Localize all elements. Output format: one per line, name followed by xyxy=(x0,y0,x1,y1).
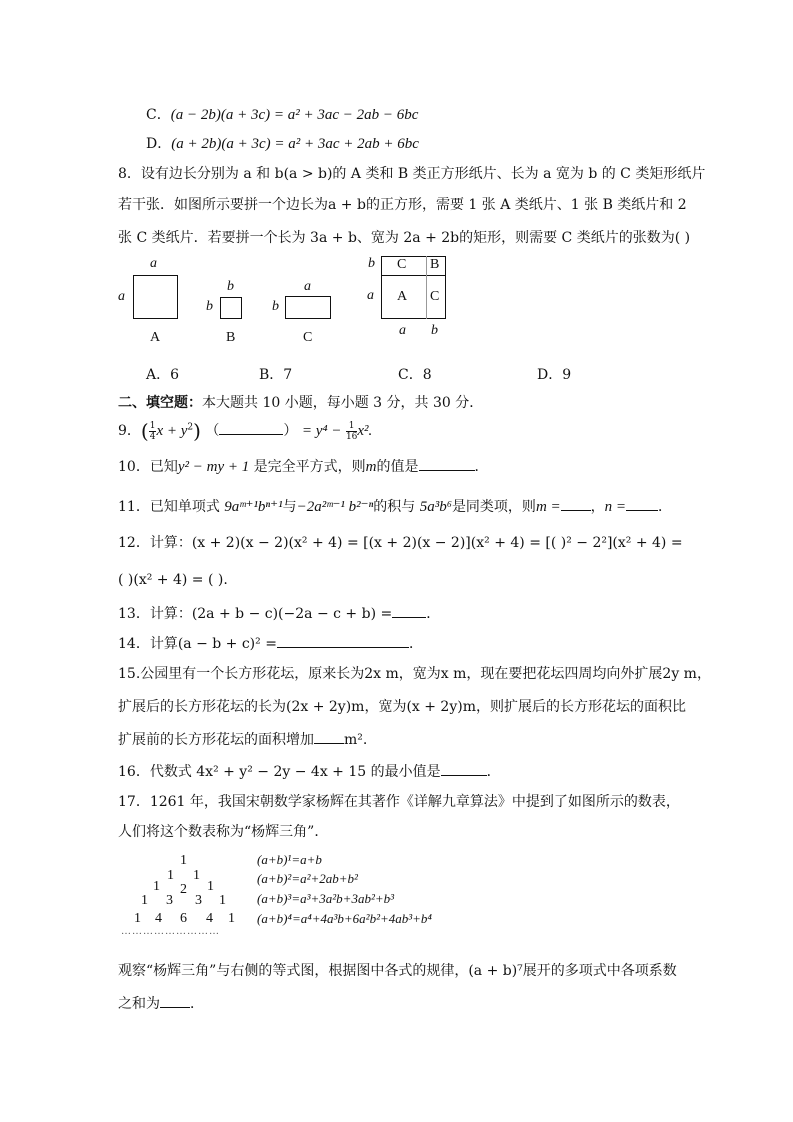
cell-bottom-left: A xyxy=(397,289,407,305)
q15-answer-blank[interactable] xyxy=(314,729,344,744)
q11: 11．已知单项式 9aᵐ⁺¹bⁿ⁺¹与−2a²ᵐ⁻¹ b²⁻ⁿ的积与 5a³b⁶… xyxy=(118,496,672,517)
q9-rhs-tail: x². xyxy=(357,423,372,439)
q11-end: ． xyxy=(658,499,672,515)
cell-bottom-right: C xyxy=(430,289,439,305)
q17-line-3: 观察“杨辉三角”与右侧的等式图，根据图中各式的规律，(a + b)⁷展开的多项式… xyxy=(118,961,677,981)
q13-end: ． xyxy=(426,606,440,622)
q8-option-c: C．8 xyxy=(398,365,432,385)
q11-m-blank[interactable] xyxy=(561,496,591,511)
label-b-top: b xyxy=(227,279,234,295)
q10-text: 是完全平方式，则 xyxy=(249,459,365,475)
q17-line-4: 之和为． xyxy=(118,993,204,1014)
q11-expr-2: −2a²ᵐ⁻¹ b²⁻ⁿ xyxy=(297,499,374,515)
q11-text: 是同类项，则 xyxy=(452,499,536,515)
q9: 9．(14x + y2) （） = y⁴ − 116x². xyxy=(118,420,372,442)
q7-option-d: D．(a + 2b)(a + 3c) = a² + 3ac + 2ab + 6b… xyxy=(146,134,419,154)
triangle-cell: 4 xyxy=(206,911,213,927)
q10-end: ． xyxy=(475,459,489,475)
q16-text: 16．代数式 4x² + y² − 2y − 4x + 15 的最小值是 xyxy=(118,764,441,780)
caption-a: A xyxy=(150,330,160,346)
triangle-ellipsis: ……………………… xyxy=(121,926,220,937)
q8-line-2: 若干张．如图所示要拼一个边长为a + b的正方形，需要 1 张 A 类纸片、1 … xyxy=(118,195,687,215)
caption-c: C xyxy=(303,330,312,346)
q11-expr-3: 5a³b⁶ xyxy=(420,499,452,515)
q9-blank-open: （ xyxy=(205,423,219,439)
q10-text: 10．已知 xyxy=(118,459,178,475)
q14: 14．计算(a − b + c)² =． xyxy=(118,633,423,654)
q10: 10．已知y² − my + 1 是完全平方式，则m的值是． xyxy=(118,456,489,477)
label-a-top: a xyxy=(150,256,157,272)
q11-n-blank[interactable] xyxy=(626,496,658,511)
q7-option-c: C．(a − 2b)(a + 3c) = a² + 3ac − 2ab − 6b… xyxy=(146,105,418,125)
q8-line-1: 8．设有边长分别为 a 和 b(a > b)的 A 类和 B 类正方形纸片、长为… xyxy=(118,164,705,184)
label-c-side: b xyxy=(272,299,279,315)
q9-number: 9． xyxy=(118,423,141,439)
triangle-cell: 2 xyxy=(180,882,187,898)
triangle-cell: 3 xyxy=(195,893,202,909)
composite-bottom-b: b xyxy=(431,323,438,339)
q9-answer-blank[interactable] xyxy=(219,420,283,435)
q9-rhs: = y⁴ − xyxy=(302,423,342,439)
q11-sep: ， xyxy=(591,499,605,515)
q17-text: 之和为 xyxy=(118,996,160,1012)
triangle-cell: 1 xyxy=(134,911,141,927)
q14-text: 14．计算(a − b + c)² = xyxy=(118,636,277,652)
q10-text: 的值是 xyxy=(377,459,419,475)
q15-line-3: 扩展前的长方形花坛的面积增加m². xyxy=(118,729,367,750)
q15-unit: m². xyxy=(344,732,367,748)
triangle-cell: 1 xyxy=(207,879,214,895)
q8-option-d: D．9 xyxy=(537,365,571,385)
q17-answer-blank[interactable] xyxy=(160,993,190,1008)
label-c-top: a xyxy=(304,279,311,295)
section-2-title: 二、填空题： xyxy=(118,395,202,411)
triangle-cell: 3 xyxy=(166,893,173,909)
composite-left-b: b xyxy=(368,256,375,272)
q17-line-2: 人们将这个数表称为“杨辉三角”． xyxy=(118,822,328,842)
triangle-cell: 1 xyxy=(167,868,174,884)
binomial-equation-3: (a+b)³=a³+3a²b+3ab²+b³ xyxy=(257,891,394,907)
q14-end: ． xyxy=(409,636,423,652)
q11-text: 11．已知单项式 xyxy=(118,499,224,515)
caption-b: B xyxy=(226,330,235,346)
cell-top-right: B xyxy=(430,257,439,273)
label-a-side: a xyxy=(118,289,125,305)
q9-blank-close: ） xyxy=(283,423,297,439)
binomial-equation-4: (a+b)⁴=a⁴+4a³b+6a²b²+4ab³+b⁴ xyxy=(257,911,432,927)
q13-text: 13．计算：(2a + b − c)(−2a − c + b) = xyxy=(118,606,392,622)
fraction-one-sixteenth: 116 xyxy=(346,421,357,442)
q11-m-label: m = xyxy=(536,499,561,515)
paren-close: ) xyxy=(193,419,201,443)
frac-den: 16 xyxy=(346,432,357,442)
triangle-cell: 6 xyxy=(180,911,187,927)
q9-lead-expr: x + y xyxy=(156,423,187,439)
section-2-header: 二、填空题：本大题共 10 小题，每小题 3 分，共 30 分． xyxy=(118,393,483,413)
q11-text: 的积与 xyxy=(373,499,419,515)
frac-num: 1 xyxy=(346,421,357,432)
q8-option-a: A．6 xyxy=(146,365,179,385)
q16: 16．代数式 4x² + y² − 2y − 4x + 15 的最小值是． xyxy=(118,761,501,782)
q10-answer-blank[interactable] xyxy=(419,456,475,471)
q16-end: ． xyxy=(487,764,501,780)
square-b xyxy=(220,297,242,319)
binomial-equation-1: (a+b)¹=a+b xyxy=(257,852,322,868)
q15-line-2: 扩展后的长方形花坛的长为(2x + 2y)m，宽为(x + 2y)m，则扩展后的… xyxy=(118,697,686,717)
q11-n-label: n = xyxy=(605,499,626,515)
q10-expr: y² − my + 1 xyxy=(178,459,249,475)
paren-open: ( xyxy=(141,419,149,443)
q10-var: m xyxy=(366,459,377,475)
label-b-side: b xyxy=(206,299,213,315)
q13-answer-blank[interactable] xyxy=(392,603,426,618)
section-2-desc: 本大题共 10 小题，每小题 3 分，共 30 分． xyxy=(202,395,483,411)
binomial-equation-2: (a+b)²=a²+2ab+b² xyxy=(257,871,358,887)
q13: 13．计算：(2a + b − c)(−2a − c + b) =． xyxy=(118,603,440,624)
q17-end: ． xyxy=(190,996,204,1012)
triangle-cell: 1 xyxy=(193,868,200,884)
cell-top-left: C xyxy=(397,257,406,273)
q11-text: 与 xyxy=(283,499,297,515)
divider-horizontal xyxy=(381,275,446,276)
square-a xyxy=(133,275,178,319)
q17-line-1: 17．1261 年，我国宋朝数学家杨辉在其著作《详解九章算法》中提到了如图所示的… xyxy=(118,792,680,812)
q11-expr-1: 9aᵐ⁺¹bⁿ⁺¹ xyxy=(224,499,282,515)
q12-line-2: ( )(x² + 4) = ( ). xyxy=(118,570,228,590)
option-label: D． xyxy=(146,136,171,152)
triangle-cell: 1 xyxy=(219,893,226,909)
composite-left-a: a xyxy=(367,288,374,304)
divider-vertical xyxy=(426,256,427,319)
rectangle-c xyxy=(285,296,331,319)
q16-answer-blank[interactable] xyxy=(441,761,487,776)
composite-bottom-a: a xyxy=(399,323,406,339)
q15-text: 扩展前的长方形花坛的面积增加 xyxy=(118,732,314,748)
q7-option-d-expr: (a + 2b)(a + 3c) = a² + 3ac + 2ab + 6bc xyxy=(171,136,419,152)
q8-option-b: B．7 xyxy=(259,365,292,385)
q12-line-1: 12．计算：(x + 2)(x − 2)(x² + 4) = [(x + 2)(… xyxy=(118,533,683,553)
triangle-cell: 1 xyxy=(141,893,148,909)
q14-answer-blank[interactable] xyxy=(277,633,409,648)
q15-line-1: 15.公园里有一个长方形花坛，原来长为2x m，宽为x m，现在要把花坛四周均向… xyxy=(118,664,711,684)
triangle-cell: 1 xyxy=(153,879,160,895)
option-label: C． xyxy=(146,107,171,123)
triangle-cell: 1 xyxy=(180,853,187,869)
q8-line-3: 张 C 类纸片．若要拼一个长为 3a + b、宽为 2a + 2b的矩形，则需要… xyxy=(118,228,690,248)
triangle-cell: 4 xyxy=(155,911,162,927)
triangle-cell: 1 xyxy=(228,911,235,927)
q7-option-c-expr: (a − 2b)(a + 3c) = a² + 3ac − 2ab − 6bc xyxy=(171,107,419,123)
